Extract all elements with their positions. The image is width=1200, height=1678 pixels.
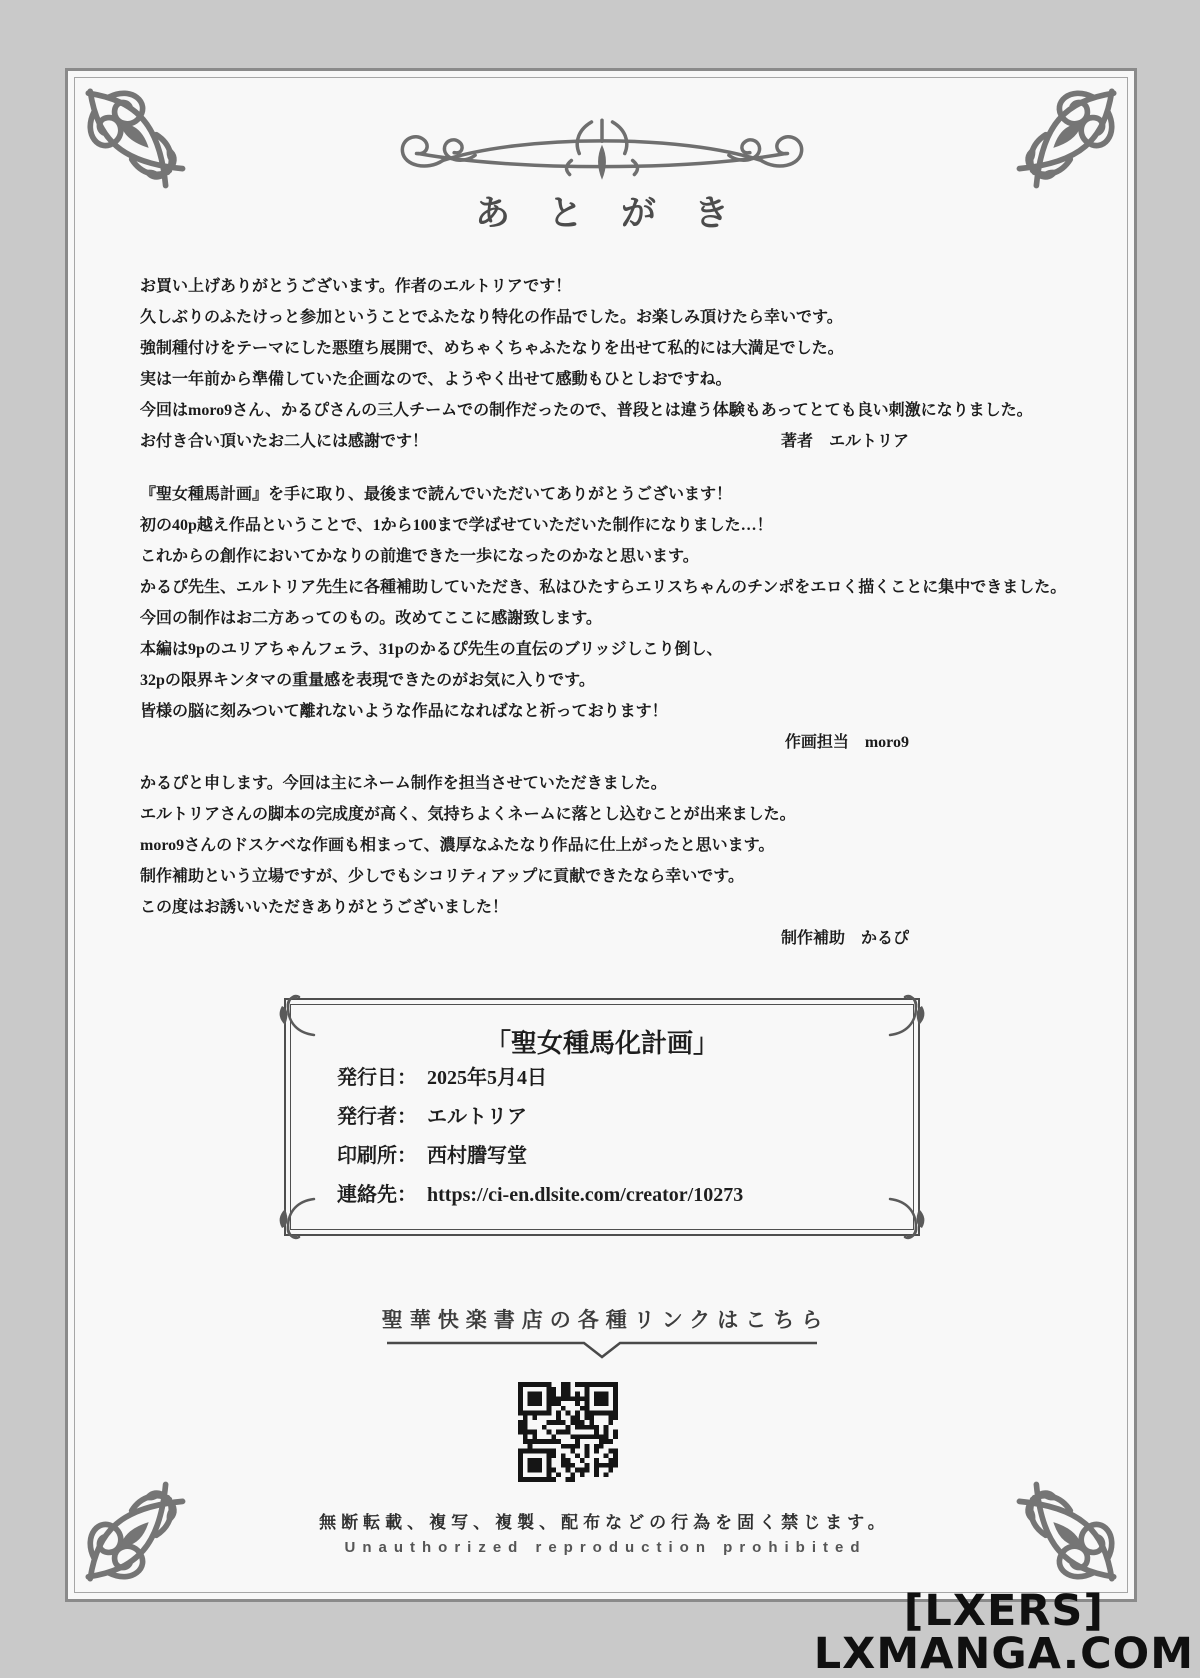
header-flourish-icon: [392, 115, 812, 185]
chevron-down-icon: [387, 1340, 817, 1360]
watermark-group-tag: [LXERS]: [814, 1590, 1194, 1633]
afterword-line: この度はお誘いいただきありがとうございました！: [140, 892, 1064, 923]
afterword-line: 『聖女種馬計画』を手に取り、最後まで読んでいただいてありがとうございます！: [140, 479, 1064, 510]
contact-url: https://ci-en.dlsite.com/creator/10273: [427, 1184, 743, 1206]
colophon-box: 「聖女種馬化計画」 発行日：2025年5月4日 発行者：エルトリア 印刷所：西村…: [290, 1004, 914, 1230]
author-signature: 著者 エルトリア: [781, 426, 909, 457]
afterword-line: かるぴ先生、エルトリア先生に各種補助していただき、私はひたすらエリスちゃんのチン…: [140, 572, 1064, 603]
afterword-author-paragraph: お買い上げありがとうございます。作者のエルトリアです！ 久しぶりのふたけっと参加…: [140, 271, 1064, 457]
afterword-line: 本編は9pのユリアちゃんフェラ、31pのかるぴ先生の直伝のブリッジしこり倒し、: [140, 634, 1064, 665]
assistant-signature: 制作補助 かるぴ: [140, 923, 1064, 954]
afterword-line: エルトリアさんの脚本の完成度が高く、気持ちよくネームに落とし込むことが出来ました…: [140, 799, 1064, 830]
afterword-line: 今回はmoro9さん、かるぴさんの三人チームでの制作だったので、普段とは違う体験…: [140, 395, 1064, 426]
watermark-site-url: LXMANGA.COM: [814, 1633, 1194, 1676]
afterword-assistant-paragraph: かるぴと申します。今回は主にネーム制作を担当させていただきました。 エルトリアさ…: [140, 768, 1064, 954]
colophon-row-printer: 印刷所：西村謄写堂: [337, 1137, 913, 1176]
row-label: 印刷所：: [337, 1145, 417, 1167]
publisher-name: エルトリア: [427, 1106, 527, 1128]
afterword-line: これからの創作においてかなりの前進できた一歩になったのかなと思います。: [140, 541, 1064, 572]
box-corner-curl-icon: [886, 1195, 930, 1243]
box-corner-curl-icon: [274, 991, 318, 1039]
printer-name: 西村謄写堂: [427, 1145, 527, 1167]
afterword-page: あとがき お買い上げありがとうございます。作者のエルトリアです！ 久しぶりのふた…: [65, 68, 1137, 1602]
afterword-line: 実は一年前から準備していた企画なので、ようやく出せて感動もひとしおですね。: [140, 364, 1064, 395]
row-label: 連絡先：: [337, 1184, 417, 1206]
afterword-line: お買い上げありがとうございます。作者のエルトリアです！: [140, 271, 1064, 302]
afterword-line: 今回の制作はお二方あってのもの。改めてここに感謝致します。: [140, 603, 1064, 634]
box-corner-curl-icon: [886, 991, 930, 1039]
afterword-line: 皆様の脳に刻みついて離れないような作品になればなと祈っております！: [140, 696, 1064, 727]
qr-code: [518, 1382, 618, 1482]
copyright-notice-jp: 無断転載、複写、複製、配布などの行為を固く禁じます。: [140, 1508, 1064, 1533]
afterword-line: かるぴと申します。今回は主にネーム制作を担当させていただきました。: [140, 768, 1064, 799]
colophon-row-publisher: 発行者：エルトリア: [337, 1098, 913, 1137]
artist-signature: 作画担当 moro9: [140, 727, 1064, 758]
afterword-line: 強制種付けをテーマにした悪堕ち展開で、めちゃくちゃふたなりを出せて私的には大満足…: [140, 333, 1064, 364]
afterword-line: 初の40p越え作品ということで、1から100まで学ばせていただいた制作になりまし…: [140, 510, 1064, 541]
afterword-line: 制作補助という立場ですが、少しでもシコリティアップに貢献できたなら幸いです。: [140, 861, 1064, 892]
colophon-row-contact: 連絡先：https://ci-en.dlsite.com/creator/102…: [337, 1176, 913, 1215]
colophon-row-publish-date: 発行日：2025年5月4日: [337, 1059, 913, 1098]
qr-section: [140, 1382, 1064, 1482]
afterword-line: お付き合い頂いたお二人には感謝です！: [140, 426, 428, 457]
afterword-artist-paragraph: 『聖女種馬計画』を手に取り、最後まで読んでいただいてありがとうございます！ 初の…: [140, 479, 1064, 758]
row-label: 発行者：: [337, 1106, 417, 1128]
page-title: あとがき: [140, 193, 1064, 235]
row-label: 発行日：: [337, 1067, 417, 1089]
box-corner-curl-icon: [274, 1195, 318, 1243]
watermark: [LXERS] LXMANGA.COM: [814, 1590, 1194, 1676]
links-heading: 聖華快楽書店の各種リンクはこちら: [140, 1304, 1064, 1334]
afterword-line: 32pの限界キンタマの重量感を表現できたのがお気に入りです。: [140, 665, 1064, 696]
publish-date: 2025年5月4日: [427, 1067, 547, 1089]
afterword-line: moro9さんのドスケベな作画も相まって、濃厚なふたなり作品に仕上がったと思いま…: [140, 830, 1064, 861]
copyright-notice-en: Unauthorized reproduction prohibited: [140, 1539, 1064, 1556]
afterword-line: 久しぶりのふたけっと参加ということでふたなり特化の作品でした。お楽しみ頂けたら幸…: [140, 302, 1064, 333]
work-title: 「聖女種馬化計画」: [291, 1029, 913, 1059]
